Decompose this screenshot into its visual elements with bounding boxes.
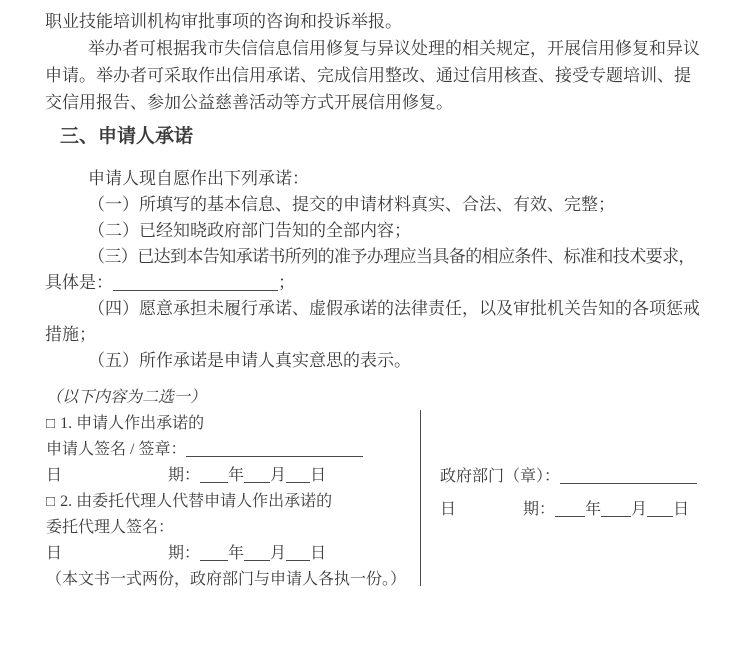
- month-blank[interactable]: [244, 469, 270, 483]
- month-blank[interactable]: [601, 503, 631, 517]
- date-ri-label: 日: [440, 501, 456, 518]
- agent-signature-row: 委托代理人签名：: [46, 518, 174, 538]
- paragraph-line: 职业技能培训机构审批事项的咨询和投诉举报。: [45, 12, 402, 32]
- year-label: 年: [228, 467, 244, 484]
- gov-seal-label: 政府部门（章）：: [440, 468, 560, 485]
- commitment-item-2: （二）已经知晓政府部门告知的全部内容；: [88, 221, 411, 241]
- commitment-item-3: （三）已达到本告知承诺书所列的准予办理应当具备的相应条件、标准和技术要求，: [88, 247, 695, 267]
- gov-date-row: 日期：年月日: [440, 500, 689, 520]
- date-qi-label: 期：: [523, 501, 555, 518]
- date-ri-label: 日: [46, 467, 62, 484]
- month-label: 月: [270, 467, 286, 484]
- year-blank[interactable]: [555, 503, 585, 517]
- year-label: 年: [228, 545, 244, 562]
- day-blank[interactable]: [286, 469, 310, 483]
- commitment-intro: 申请人现自愿作出下列承诺：: [88, 169, 309, 189]
- document-page: 职业技能培训机构审批事项的咨询和投诉举报。 举办者可根据我市失信信息信用修复与异…: [0, 0, 738, 658]
- day-label: 日: [310, 467, 326, 484]
- applicant-signature-row: 申请人签名 / 签章：: [46, 440, 363, 460]
- option2-label: 2. 由委托代理人代替申请人作出承诺的: [60, 493, 332, 510]
- agent-signature-label: 委托代理人签名：: [46, 519, 174, 536]
- option2-date-row: 日期：年月日: [46, 544, 326, 564]
- gov-seal-row: 政府部门（章）：: [440, 467, 697, 487]
- date-qi-label: 期：: [168, 545, 200, 562]
- copies-footnote: （本文书一式两份，政府部门与申请人各执一份。）: [46, 570, 406, 590]
- year-blank[interactable]: [200, 547, 228, 561]
- year-blank[interactable]: [200, 469, 228, 483]
- day-blank[interactable]: [647, 503, 673, 517]
- applicant-signature-blank[interactable]: [186, 443, 363, 457]
- day-blank[interactable]: [286, 547, 310, 561]
- option1-label: 1. 申请人作出承诺的: [60, 415, 204, 432]
- month-blank[interactable]: [244, 547, 270, 561]
- paragraph-line: 交信用报告、参加公益慈善活动等方式开展信用修复。: [45, 93, 453, 113]
- day-label: 日: [310, 545, 326, 562]
- paragraph-line: 举办者可根据我市失信信息信用修复与异议处理的相关规定，开展信用修复和异议: [88, 39, 700, 59]
- commitment-item-4: （四）愿意承担未履行承诺、虚假承诺的法律责任，以及审批机关告知的各项惩戒: [88, 299, 700, 319]
- specifics-blank[interactable]: [113, 277, 278, 291]
- day-label: 日: [673, 501, 689, 518]
- commitment-item-4-continuation: 措施；: [45, 325, 96, 345]
- specifics-suffix: ；: [278, 273, 295, 292]
- month-label: 月: [631, 501, 647, 518]
- option2-row: □2. 由委托代理人代替申请人作出承诺的: [46, 492, 332, 512]
- year-label: 年: [585, 501, 601, 518]
- option1-row: □1. 申请人作出承诺的: [46, 414, 204, 434]
- section-heading: 三、申请人承诺: [60, 127, 193, 147]
- commitment-item-5: （五）所作承诺是申请人真实意思的表示。: [88, 351, 411, 371]
- commitment-item-3-continuation: 具体是：；: [45, 273, 295, 293]
- applicant-signature-label: 申请人签名 / 签章：: [46, 441, 186, 458]
- option1-date-row: 日期：年月日: [46, 466, 326, 486]
- gov-seal-blank[interactable]: [560, 470, 697, 484]
- option2-checkbox[interactable]: □: [46, 492, 55, 512]
- specifics-label: 具体是：: [45, 273, 113, 292]
- paragraph-line: 申请。举办者可采取作出信用承诺、完成信用整改、通过信用核查、接受专题培训、提: [45, 66, 691, 86]
- column-divider: [420, 410, 421, 586]
- option1-checkbox[interactable]: □: [46, 414, 55, 434]
- date-qi-label: 期：: [168, 467, 200, 484]
- choose-one-note: （以下内容为二选一）: [46, 388, 206, 408]
- commitment-item-1: （一）所填写的基本信息、提交的申请材料真实、合法、有效、完整；: [88, 195, 615, 215]
- date-ri-label: 日: [46, 545, 62, 562]
- month-label: 月: [270, 545, 286, 562]
